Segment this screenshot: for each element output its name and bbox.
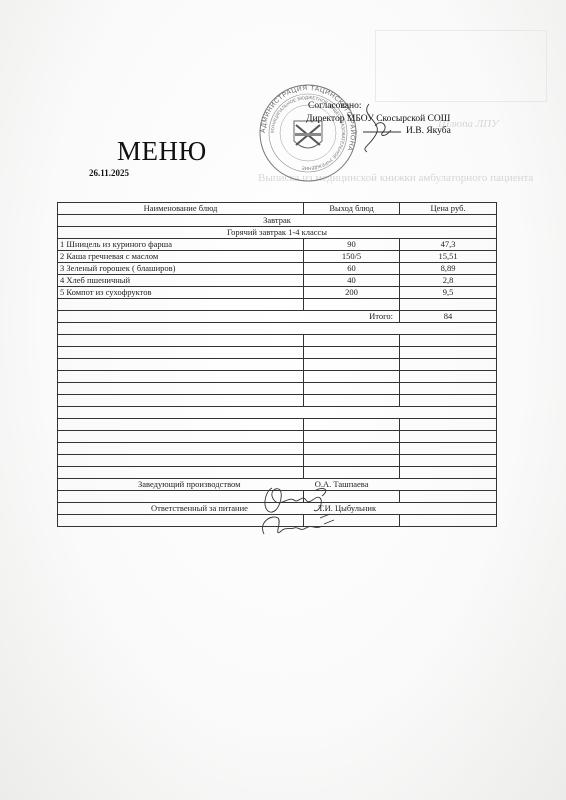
ghost-stamp-box [375, 30, 547, 102]
section-row: Горячий завтрак 1-4 классы [58, 227, 497, 239]
table-row: 4 Хлеб пшеничный 40 2,8 [58, 275, 497, 287]
dish-price: 8,89 [400, 263, 497, 275]
dish-price: 9,5 [400, 287, 497, 299]
nutrition-officer-signature-icon [256, 512, 336, 540]
table-row: 1 Шницель из куриного фарша 90 47,3 [58, 239, 497, 251]
dish-name: 3 Зеленый горошек ( блаширов) [58, 263, 304, 275]
header-yield: Выход блюд [304, 203, 400, 215]
empty-row [58, 347, 497, 359]
table-row: 5 Компот из сухофруктов 200 9,5 [58, 287, 497, 299]
meal-label: Завтрак [58, 215, 497, 227]
director-signature-icon [355, 96, 405, 156]
empty-row [58, 419, 497, 431]
total-row: Итого: 84 [58, 311, 497, 323]
empty-row [58, 467, 497, 479]
signature-role: Заведующий производством [138, 479, 241, 489]
dish-yield: 40 [304, 275, 400, 287]
menu-date: 26.11.2025 [89, 168, 129, 178]
section-label: Горячий завтрак 1-4 классы [58, 227, 497, 239]
dish-yield: 60 [304, 263, 400, 275]
header-price: Цена руб. [400, 203, 497, 215]
dish-yield: 90 [304, 239, 400, 251]
empty-row [58, 371, 497, 383]
empty-row [58, 407, 497, 419]
approval-label: Согласовано: [308, 101, 361, 111]
empty-row [58, 455, 497, 467]
approval-signatory: И.В. Якуба [406, 126, 451, 136]
empty-row [58, 323, 497, 335]
total-value: 84 [400, 311, 497, 323]
header-dish-name: Наименование блюд [58, 203, 304, 215]
dish-price: 47,3 [400, 239, 497, 251]
table-row: 3 Зеленый горошек ( блаширов) 60 8,89 [58, 263, 497, 275]
empty-row [58, 443, 497, 455]
dish-name: 4 Хлеб пшеничный [58, 275, 304, 287]
dish-yield: 150/5 [304, 251, 400, 263]
empty-row [58, 395, 497, 407]
dish-name: 1 Шницель из куриного фарша [58, 239, 304, 251]
empty-row [58, 299, 497, 311]
page-title: МЕНЮ [117, 136, 207, 167]
table-header-row: Наименование блюд Выход блюд Цена руб. [58, 203, 497, 215]
empty-row [58, 383, 497, 395]
dish-yield: 200 [304, 287, 400, 299]
total-label: Итого: [58, 311, 400, 323]
menu-table: Наименование блюд Выход блюд Цена руб. З… [57, 202, 497, 527]
table-row: 2 Каша гречневая с маслом 150/5 15,51 [58, 251, 497, 263]
empty-row [58, 335, 497, 347]
dish-name: 2 Каша гречневая с маслом [58, 251, 304, 263]
dish-price: 15,51 [400, 251, 497, 263]
empty-row [58, 431, 497, 443]
dish-name: 5 Компот из сухофруктов [58, 287, 304, 299]
official-stamp-icon: АДМИНИСТРАЦИЯ ТАЦИНСКОГО РАЙОНА МУНИЦИПА… [258, 83, 358, 183]
dish-price: 2,8 [400, 275, 497, 287]
signature-role: Ответственный за питание [151, 503, 248, 513]
scanned-page: Выписка из медицинской книжки амбулаторн… [0, 0, 566, 800]
empty-row [58, 359, 497, 371]
meal-row: Завтрак [58, 215, 497, 227]
